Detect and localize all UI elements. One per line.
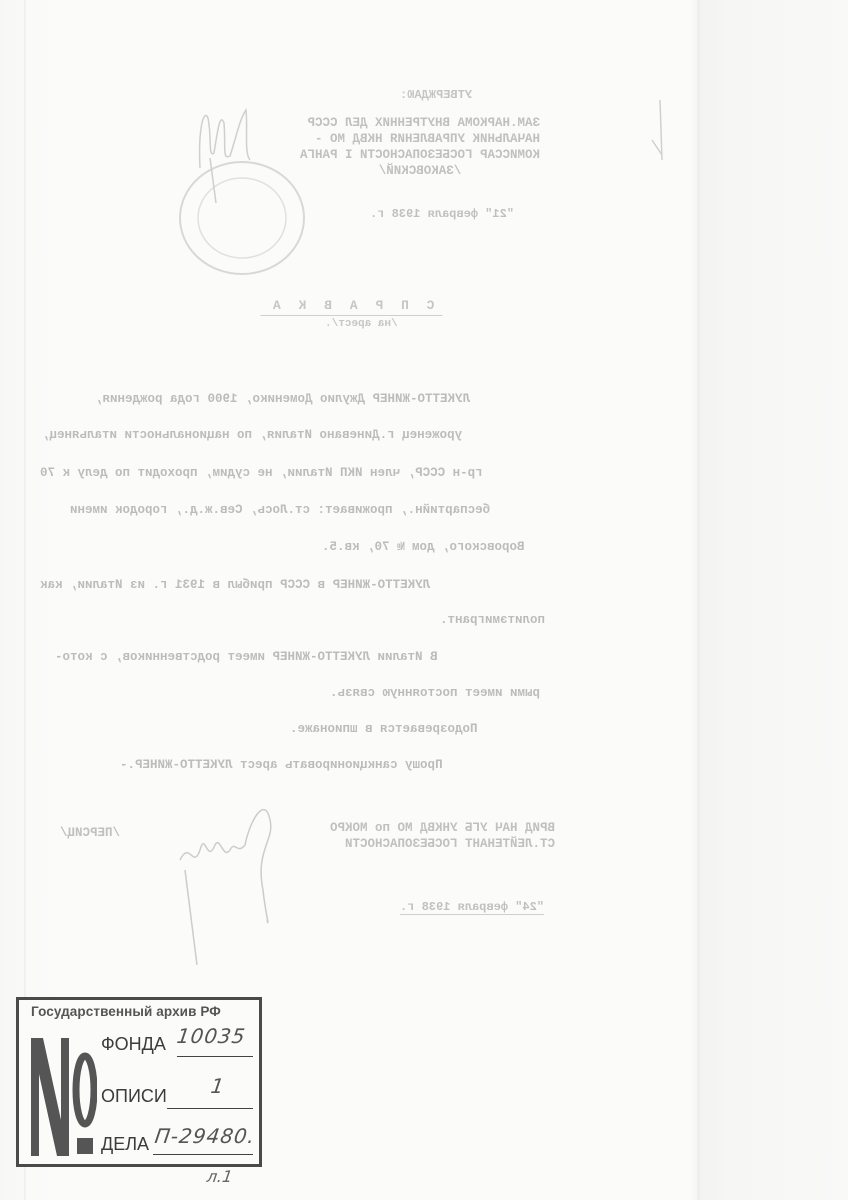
approval-block: ЗАМ.НАРКОМА ВНУТРЕННИХ ДЕЛ СССР НАЧАЛЬНИ… xyxy=(300,115,540,179)
body-line: Подозревается в шпионаже. xyxy=(290,722,478,736)
body-line: беспартийн., проживает: ст.Лось, Сев.ж.д… xyxy=(70,503,490,517)
archive-stamp: Государственный архив РФ ФОНДА 10035 ОПИ… xyxy=(16,997,262,1167)
signature-line: ВРИД НАЧ УГБ УНКВД МО по МОКРО xyxy=(330,820,555,836)
approval-line: /ЗАКОВСКИЙ/ xyxy=(300,163,540,179)
document-title: С П Р А В К А xyxy=(260,298,442,316)
body-line: гр-н СССР, член ИКП Италии, не судим, пр… xyxy=(40,466,483,480)
approval-line: ЗАМ.НАРКОМА ВНУТРЕННИХ ДЕЛ СССР xyxy=(300,115,540,131)
stamp-value-fond: 10035 xyxy=(175,1024,247,1048)
body-line: уроженец г.Диневано Италия, по националь… xyxy=(42,428,462,442)
number-sign-icon xyxy=(27,1030,97,1158)
document-subtitle: /на арест/. xyxy=(325,318,398,330)
signature-block: ВРИД НАЧ УГБ УНКВД МО по МОКРО СТ.ЛЕЙТЕН… xyxy=(330,820,555,852)
approval-date: "21" февраля 1938 г. xyxy=(370,207,514,221)
stamp-row-opis: ОПИСИ 1 xyxy=(101,1086,167,1107)
sheet-number: л.1 xyxy=(206,1167,234,1186)
approval-title: УТВЕРЖДАЮ: xyxy=(400,88,472,102)
stamp-header: Государственный архив РФ xyxy=(31,1004,221,1019)
stamp-value-delo: П-29480. xyxy=(153,1124,257,1148)
body-line: политэмигрант. xyxy=(440,613,545,627)
stamp-label: ФОНДА xyxy=(101,1034,166,1055)
body-line: В Италии ЛУКЕТТО-ЖИНЕР имеет родственник… xyxy=(55,650,438,664)
body-line: Воровского, дом № 70, кв.5. xyxy=(322,540,525,554)
body-line: ЛУКЕТТО-ЖИНЕР в СССР прибыл в 1931 г. из… xyxy=(40,578,430,592)
page-fold-shadow xyxy=(697,0,700,1200)
approval-signature-icon xyxy=(190,98,260,208)
margin-mark-icon xyxy=(640,90,680,170)
approval-line: НАЧАЛЬНИК УПРАВЛЕНИЯ НКВД МО - xyxy=(300,131,540,147)
stamp-row-fond: ФОНДА 10035 xyxy=(101,1034,166,1055)
stamp-row-delo: ДЕЛА П-29480. xyxy=(101,1134,149,1155)
stamp-value-opis: 1 xyxy=(209,1074,226,1098)
stamp-label: ДЕЛА xyxy=(101,1134,149,1155)
signature-line: СТ.ЛЕЙТЕНАНТ ГОСБЕЗОПАСНОСТИ xyxy=(330,836,555,852)
body-line: рыми имеет постоянную связь. xyxy=(330,686,540,700)
approval-line: КОМИССАР ГОСБЕЗОПАСНОСТИ I РАНГА xyxy=(300,147,540,163)
body-line: Прошу санкционировать арест ЛУКЕТТО-ЖИНЕ… xyxy=(120,758,443,772)
body-line: ЛУКЕТТО-ЖИНЕР Джулио Доменико, 1900 года… xyxy=(95,392,470,406)
signature-date: "24" февраля 1938 г. xyxy=(400,900,544,915)
stamp-label: ОПИСИ xyxy=(101,1086,167,1107)
handwritten-signature-icon xyxy=(175,800,315,970)
signature-name: /ПЕРСИЦ/ xyxy=(60,826,120,840)
